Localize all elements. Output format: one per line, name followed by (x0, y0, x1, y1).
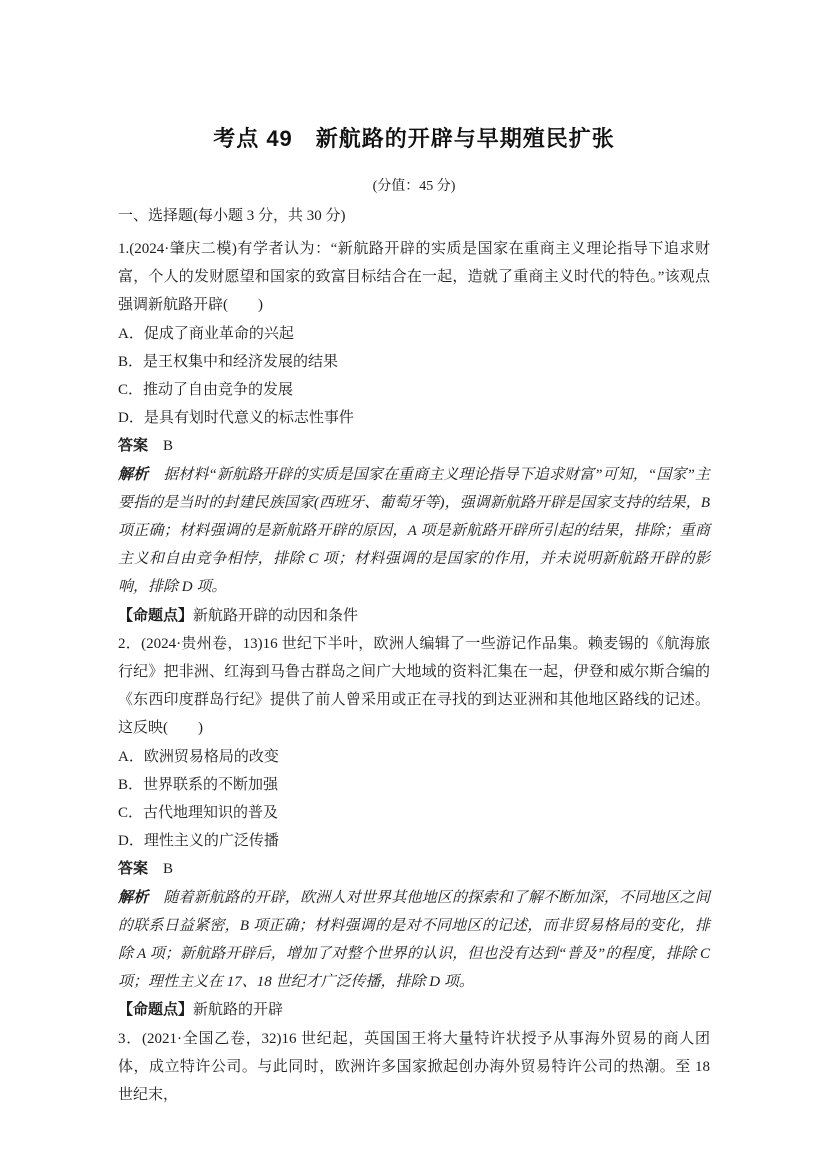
question-1-option-c: C．推动了自由竞争的发展 (118, 376, 710, 404)
question-2-option-b: B．世界联系的不断加强 (118, 771, 710, 799)
question-1-option-d: D．是具有划时代意义的标志性事件 (118, 404, 710, 432)
question-1-option-b: B．是王权集中和经济发展的结果 (118, 348, 710, 376)
question-2-point-line: 【命题点】新航路的开辟 (118, 996, 710, 1024)
analysis-label: 解析 (118, 467, 148, 483)
section-heading: 一、选择题(每小题 3 分，共 30 分) (118, 202, 710, 230)
question-1: 1.(2024·肇庆二模)有学者认为：“新航路开辟的实质是国家在重商主义理论指导… (118, 235, 710, 630)
question-1-analysis-line: 解析据材料“新航路开辟的实质是国家在重商主义理论指导下追求财富”可知，“国家”主… (118, 461, 710, 602)
question-2-point-text: 新航路的开辟 (193, 1002, 283, 1018)
answer-label: 答案 (118, 438, 148, 454)
question-1-option-a: A．促成了商业革命的兴起 (118, 320, 710, 348)
score-note: (分值：45 分) (118, 177, 710, 197)
question-1-answer-line: 答案B (118, 432, 710, 460)
answer-label: 答案 (118, 861, 148, 877)
question-1-stem: 1.(2024·肇庆二模)有学者认为：“新航路开辟的实质是国家在重商主义理论指导… (118, 235, 710, 320)
question-2-analysis-text: 随着新航路的开辟，欧洲人对世界其他地区的探索和了解不断加深，不同地区之间的联系日… (118, 890, 710, 991)
document-page: 考点 49 新航路的开辟与早期殖民扩张 (分值：45 分) 一、选择题(每小题 … (118, 122, 710, 1109)
question-2-option-a: A．欧洲贸易格局的改变 (118, 743, 710, 771)
question-2-stem: 2．(2024·贵州卷，13)16 世纪下半叶，欧洲人编辑了一些游记作品集。赖麦… (118, 630, 710, 743)
question-2-analysis-line: 解析随着新航路的开辟，欧洲人对世界其他地区的探索和了解不断加深，不同地区之间的联… (118, 884, 710, 997)
question-1-point-text: 新航路开辟的动因和条件 (193, 608, 358, 624)
question-2: 2．(2024·贵州卷，13)16 世纪下半叶，欧洲人编辑了一些游记作品集。赖麦… (118, 630, 710, 1025)
question-3-stem: 3．(2021·全国乙卷，32)16 世纪起，英国国王将大量特许状授予从事海外贸… (118, 1025, 710, 1110)
page-title: 考点 49 新航路的开辟与早期殖民扩张 (118, 122, 710, 156)
analysis-label: 解析 (118, 890, 148, 906)
question-1-analysis-text: 据材料“新航路开辟的实质是国家在重商主义理论指导下追求财富”可知，“国家”主要指… (118, 467, 710, 596)
question-2-answer-value: B (163, 861, 173, 877)
question-2-option-c: C．古代地理知识的普及 (118, 799, 710, 827)
point-label: 【命题点】 (118, 608, 193, 624)
question-1-point-line: 【命题点】新航路开辟的动因和条件 (118, 602, 710, 630)
question-2-answer-line: 答案B (118, 855, 710, 883)
question-2-option-d: D．理性主义的广泛传播 (118, 827, 710, 855)
question-1-answer-value: B (163, 438, 173, 454)
point-label: 【命题点】 (118, 1002, 193, 1018)
question-3: 3．(2021·全国乙卷，32)16 世纪起，英国国王将大量特许状授予从事海外贸… (118, 1025, 710, 1110)
